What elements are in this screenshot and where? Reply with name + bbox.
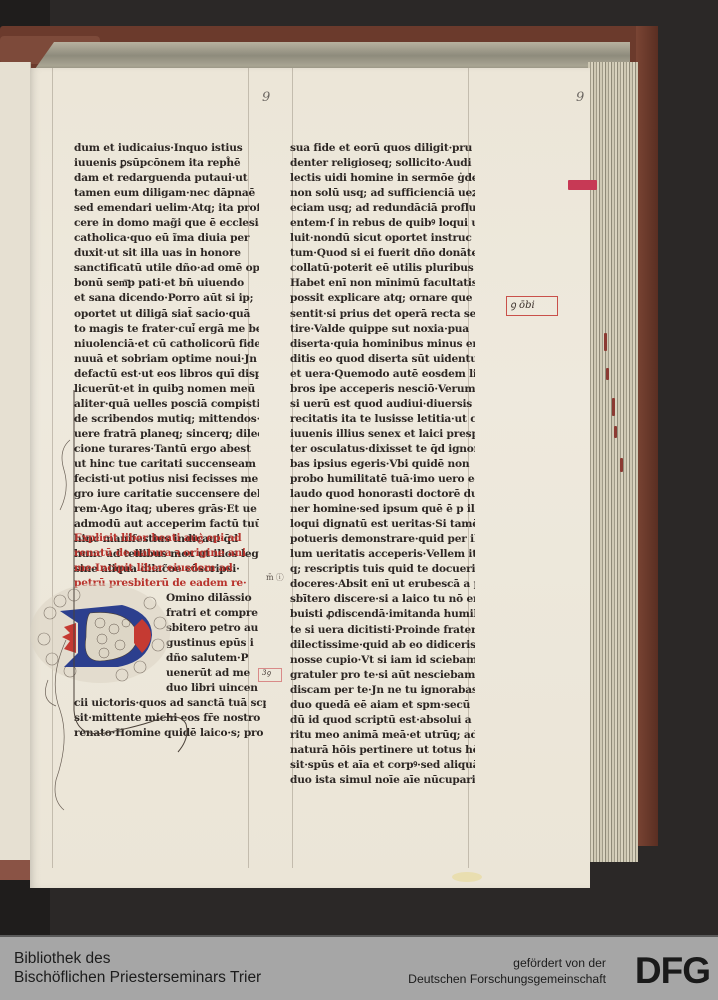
manuscript-line: ter osculatus·dixisset te q̄d ignora bbox=[290, 442, 475, 457]
manuscript-line: diserta·quia hominibus minus eru bbox=[290, 337, 475, 352]
manuscript-line: iuuenis illius senex et laici prespi bbox=[290, 427, 475, 442]
manuscript-line: buisti ꝓdiscendā·imitanda humilita bbox=[290, 607, 475, 622]
manuscript-line: sed emendari uelim·Atq; ita profi bbox=[74, 201, 259, 216]
manuscript-line: tire·Valde quippe sut noxia·pua bbox=[290, 322, 475, 337]
footer-banner: Bibliothek des Bischöflichen Priestersem… bbox=[0, 935, 718, 1000]
manuscript-line: sentit·si prius det operā recta sen bbox=[290, 307, 475, 322]
facing-page-sliver bbox=[0, 62, 31, 872]
institution-line-2: Bischöflichen Priesterseminars Trier bbox=[14, 968, 261, 987]
manuscript-line: ritu meo animā meā·et utrūq; ad bbox=[290, 728, 475, 743]
marginal-note-boxed: ꝯ ōbi bbox=[506, 296, 558, 316]
leaf-tab-mark bbox=[604, 333, 607, 351]
manuscript-line: denter religioseq; sollicito·Audi bbox=[290, 156, 475, 171]
manuscript-line: gratuler pro te·si aūt nesciebam bbox=[290, 668, 475, 683]
manuscript-line: bonū sem͞p pati·et bn̄ uiuendo bbox=[74, 276, 259, 291]
text-column-right: sua fide et eorū quos diligit·prudenter … bbox=[290, 141, 475, 788]
manuscript-line: iuuenis ꝑsūpcōnem ita repĥē bbox=[74, 156, 259, 171]
leaf-tab-mark bbox=[614, 426, 617, 438]
manuscript-line: loqui dignatū est ueritas·Si tamē bbox=[290, 517, 475, 532]
institution-line-1: Bibliothek des bbox=[14, 949, 261, 968]
bookmark-tab bbox=[568, 180, 597, 190]
manuscript-line: duo ista simul noīe aīe nūcupari· bbox=[290, 773, 475, 788]
manuscript-line: niuolenciā·et cū catholicorū fidem bbox=[74, 337, 259, 352]
manuscript-line: recitatis ita te lusisse letitia·ut capu… bbox=[290, 412, 475, 427]
manuscript-line: laudo quod honorasti doctorē dum bbox=[290, 487, 475, 502]
manuscript-line: non solū usq; ad sufficienciā ueꝝ bbox=[290, 186, 475, 201]
folio-number-right: 9 bbox=[576, 90, 584, 105]
page-stain bbox=[452, 872, 482, 882]
funding-line-2: Deutschen Forschungsgemeinschaft bbox=[408, 971, 606, 987]
manuscript-scan: 9 9 dum et iudicaius·Inquo istiusiuuenis… bbox=[0, 0, 718, 935]
marginal-note-left: m̄ ⓘ bbox=[266, 570, 284, 585]
manuscript-line: dam et redarguenda putaui·ut bbox=[74, 171, 259, 186]
manuscript-line: to magis te frater·cui͂ ergā me be bbox=[74, 322, 259, 337]
manuscript-line: entem·ſ in rebus de quibꝰ loqui uo bbox=[290, 216, 475, 231]
manuscript-line: ditis eo quod diserta sūt uidentur bbox=[290, 352, 475, 367]
manuscript-line: tamen eum diligam·nec dāpnaē bbox=[74, 186, 259, 201]
manuscript-line: ner homine·sed ipsum quē ē p illū bbox=[290, 502, 475, 517]
manuscript-line: catholica·quo eū ĩma diuia per bbox=[74, 231, 259, 246]
manuscript-line: et uera·Quemodo autē eosdem li bbox=[290, 367, 475, 382]
book-cover-right-edge bbox=[636, 26, 658, 846]
manuscript-line: te si uera dicitisti·Proinde frater bbox=[290, 623, 475, 638]
manuscript-line: duxit·ut sit illa uas in honore bbox=[74, 246, 259, 261]
manuscript-line: possit explicare atq; ornare que bbox=[290, 291, 475, 306]
leaf-tab-mark bbox=[612, 398, 615, 416]
manuscript-line: Habet enī non mīnimū facultatis q bbox=[290, 276, 475, 291]
manuscript-line: duo quedā eē aiam et spm·secū bbox=[290, 698, 475, 713]
manuscript-line: cere in domo mag̃i que ē ecclesia bbox=[74, 216, 259, 231]
folio-number-center: 9 bbox=[262, 90, 270, 105]
manuscript-line: lum ueritatis acceperis·Vellem ita bbox=[290, 547, 475, 562]
funding-line-1: gefördert von der bbox=[408, 955, 606, 971]
manuscript-line: dum et iudicaius·Inquo istius bbox=[74, 141, 259, 156]
manuscript-line: si uerū est quod audiui·diuersis eis bbox=[290, 397, 475, 412]
manuscript-line: naturā hōis pertinere ut totus hō bbox=[290, 743, 475, 758]
institution-name: Bibliothek des Bischöflichen Priestersem… bbox=[14, 949, 261, 987]
manuscript-line: eciam usq; ad redundāciā proflu bbox=[290, 201, 475, 216]
manuscript-line: luit·nondū sicut oportet instruc bbox=[290, 231, 475, 246]
manuscript-line: potueris demonstrare·quid per il bbox=[290, 532, 475, 547]
manuscript-line: sua fide et eorū quos diligit·pru bbox=[290, 141, 475, 156]
dfg-logo: DFG bbox=[635, 951, 710, 991]
manuscript-line: dilectissime·quid ab eo didiceris bbox=[290, 638, 475, 653]
manuscript-line: nuuā et sobriam optime noui·Jn bbox=[74, 352, 259, 367]
leaf-tab-mark bbox=[620, 458, 623, 472]
manuscript-line: sbītero discere·si a laico tu nō eru bbox=[290, 592, 475, 607]
manuscript-line: et sana dicendo·Porro aūt si ip; bbox=[74, 291, 259, 306]
manuscript-line: bros ipe acceperis nesciō·Verumtam bbox=[290, 382, 475, 397]
manuscript-line: collatū·poterit eē utilis pluribus bbox=[290, 261, 475, 276]
manuscript-line: oportet ut diligā siat̄ sacio·quā bbox=[74, 307, 259, 322]
manuscript-line: doceres·Absit enī ut erubescā a p̄ bbox=[290, 577, 475, 592]
marginal-box-small: 3ꝯ bbox=[258, 668, 282, 682]
manuscript-line: discam per te·Jn ne tu ignorabas bbox=[290, 683, 475, 698]
margin-flourish bbox=[30, 380, 200, 820]
manuscript-line: probo humilitatē tuā·imo uero eciā bbox=[290, 472, 475, 487]
leaf-tab-mark bbox=[606, 368, 609, 380]
manuscript-line: q; rescriptis tuis quid te docuerit me bbox=[290, 562, 475, 577]
manuscript-line: sanctificatū utile dño·ad omē op² bbox=[74, 261, 259, 276]
manuscript-line: bas ipsius egeris·Vbi quidē non bbox=[290, 457, 475, 472]
manuscript-line: sit·spūs et aīa et corpꝰ·sed aliquādo bbox=[290, 758, 475, 773]
manuscript-line: nosse cupio·Vt si iam id sciebam bbox=[290, 653, 475, 668]
manuscript-line: lectis uidi homine in sermōe ġde bbox=[290, 171, 475, 186]
manuscript-line: dū id quod scriptū est·absolui a spi bbox=[290, 713, 475, 728]
manuscript-line: tum·Quod si ei fuerit dño donāte bbox=[290, 246, 475, 261]
book-cover-corner bbox=[0, 860, 32, 880]
funding-note: gefördert von der Deutschen Forschungsge… bbox=[408, 955, 606, 987]
